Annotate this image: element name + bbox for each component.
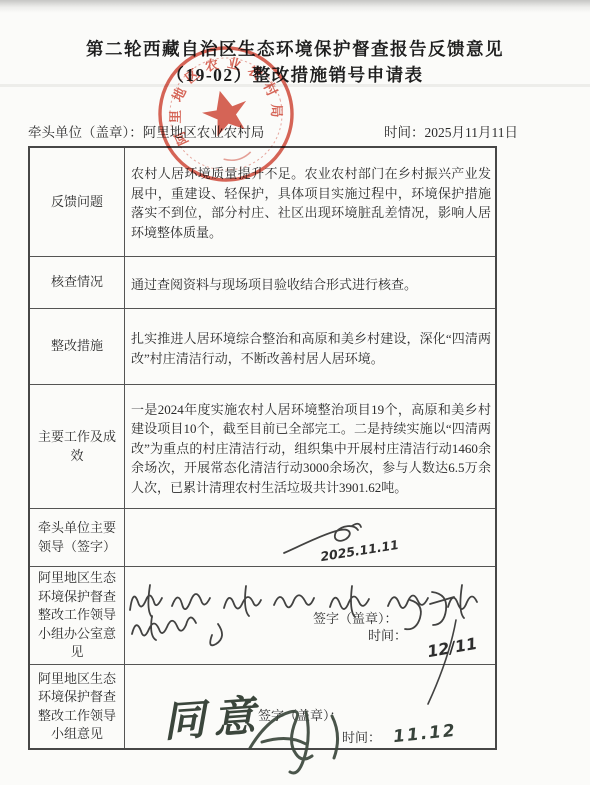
table-row: 主要工作及成效 一是2024年度实施农村人居环境整治项目19个，高原和美乡村建设… (30, 384, 495, 508)
row-label: 阿里地区生态环境保护督查整改工作领导小组办公室意见 (30, 567, 125, 664)
row-label: 牵头单位主要领导（签字） (30, 509, 125, 566)
document-page: 第二轮西藏自治区生态环境保护督查报告反馈意见 （19-02）整改措施销号申请表 … (0, 0, 590, 785)
row-label: 主要工作及成效 (30, 385, 125, 508)
lead-unit-label: 牵头单位（盖章）： (28, 125, 143, 140)
scan-edge-shadow (0, 0, 590, 13)
row-label: 核查情况 (30, 257, 125, 308)
time-value: 2025月11月11日 (425, 125, 519, 140)
row-label: 阿里地区生态环境保护督查整改工作领导小组意见 (30, 665, 125, 748)
table-row: 整改措施 扎实推进人居环境综合整治和高原和美乡村建设，深化“四清两改”村庄清洁行… (30, 308, 495, 384)
group-time-label: 时间： (342, 727, 381, 746)
group-approval-handwriting: 同意 (161, 683, 265, 750)
row-label: 反馈问题 (30, 148, 125, 256)
table-row: 核查情况 通过查阅资料与现场项目验收结合形式进行核查。 (30, 256, 495, 308)
seal-star-icon (198, 85, 253, 139)
table-row: 牵头单位主要领导（签字） (30, 508, 495, 566)
office-time-label: 时间： (368, 625, 407, 644)
row-content-signature-area (125, 509, 495, 566)
official-seal: 阿里地区农业农村局 (145, 33, 307, 195)
table-row: 阿里地区生态环境保护督查整改工作领导小组办公室意见 (30, 566, 495, 664)
group-sign-label: 签字（盖章）： (258, 705, 343, 724)
row-label: 整改措施 (30, 309, 125, 384)
rectification-form-table: 反馈问题 农村人居环境质量提升不足。农业农村部门在乡村振兴产业发展中，重建设、轻… (28, 146, 497, 750)
row-content: 一是2024年度实施农村人居环境整治项目19个，高原和美乡村建设项目10个，截至… (125, 385, 495, 508)
time-field: 时间：2025月11月11日 (384, 121, 518, 141)
time-label: 时间： (384, 125, 425, 140)
row-content: 扎实推进人居环境综合整治和高原和美乡村建设，深化“四清两改”村庄清洁行动，不断改… (125, 309, 495, 384)
seal-bottom-mark (224, 152, 252, 163)
row-content: 通过查阅资料与现场项目验收结合形式进行核查。 (125, 257, 495, 308)
